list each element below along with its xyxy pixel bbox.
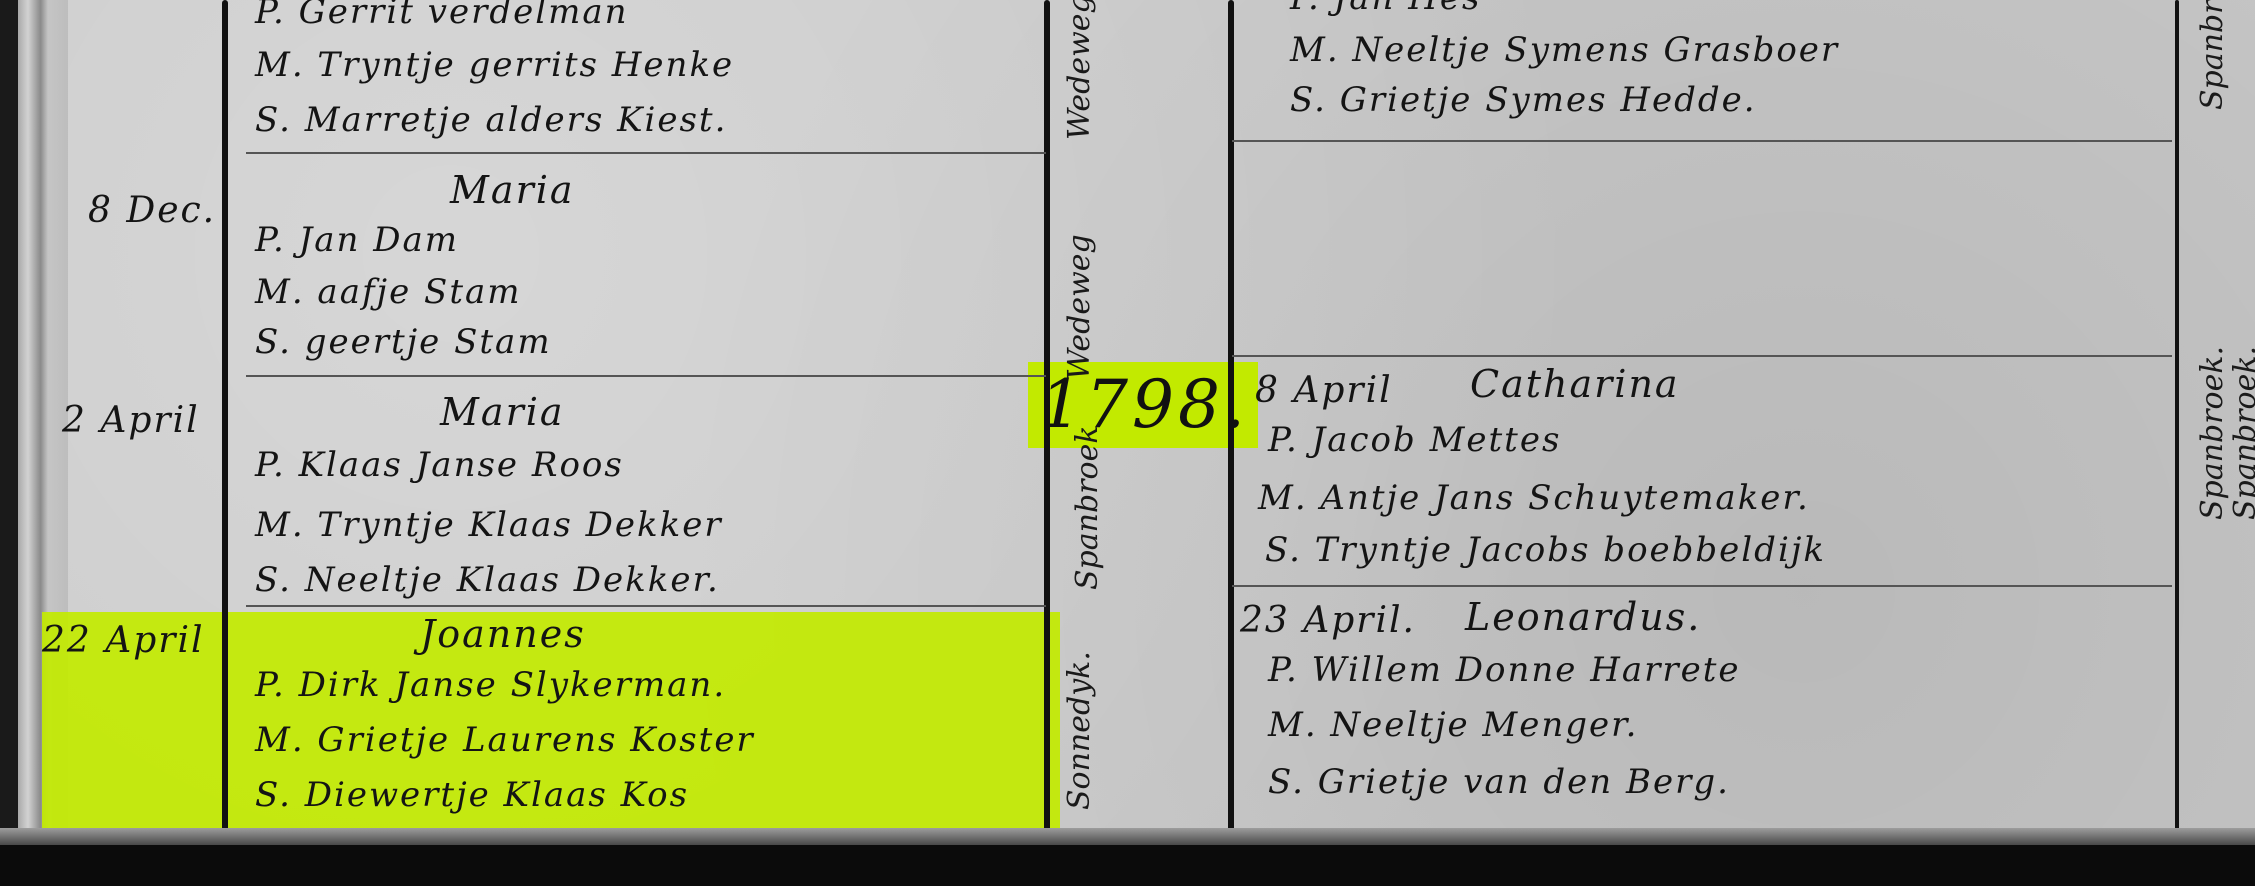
margin-note: Spanbroek xyxy=(1070,425,1105,590)
entry-line: P. Jacob Mettes xyxy=(1268,420,1561,460)
entry-date: 22 April xyxy=(42,620,205,661)
child-name: Maria xyxy=(450,168,575,212)
row-separator xyxy=(246,375,1046,377)
entry-line: M. Grietje Laurens Koster xyxy=(255,720,755,760)
row-separator xyxy=(1232,140,2172,142)
column-rule-left-margin xyxy=(1044,0,1050,842)
entry-date: 23 April. xyxy=(1240,600,1416,641)
row-separator xyxy=(246,152,1046,154)
entry-line: S. Tryntje Jacobs boebbeldijk xyxy=(1265,530,1826,570)
entry-line: P. Willem Donne Harrete xyxy=(1268,650,1741,690)
child-name: Catharina xyxy=(1470,362,1680,406)
child-name: Maria xyxy=(440,390,565,434)
book-shadow xyxy=(0,845,2255,886)
entry-line: M. Tryntje gerrits Henke xyxy=(255,45,734,85)
entry-line: S. Neeltje Klaas Dekker. xyxy=(255,560,720,600)
entry-date: 8 Dec. xyxy=(88,190,216,231)
entry-line: M. Tryntje Klaas Dekker xyxy=(255,505,723,545)
child-name: Joannes xyxy=(420,612,586,656)
entry-date: 2 April xyxy=(62,400,200,441)
margin-note: Sonnedyk. xyxy=(1062,651,1097,810)
entry-line: P. Dirk Janse Slykerman. xyxy=(255,665,726,705)
entry-line: S. geertje Stam xyxy=(255,322,552,362)
register-page: 1798. P. Gerrit verdelman M. Tryntje ger… xyxy=(0,0,2255,845)
entry-line: M. aafje Stam xyxy=(255,272,522,312)
margin-note: Spanbroek xyxy=(2195,0,2230,110)
row-separator xyxy=(1232,585,2172,587)
entry-line: P. Gerrit verdelman xyxy=(255,0,628,32)
entry-line: S. Diewertje Klaas Kos xyxy=(255,775,689,815)
margin-note: Wedeweg xyxy=(1062,0,1097,140)
entry-line: M. Neeltje Menger. xyxy=(1268,705,1638,745)
entry-line: P. Klaas Janse Roos xyxy=(255,445,624,485)
book-binding xyxy=(0,0,18,845)
entry-line: S. Grietje Symes Hedde. xyxy=(1290,80,1757,120)
entry-line: P. Jan Hes xyxy=(1290,0,1481,18)
child-name: Leonardus. xyxy=(1465,595,1701,639)
entry-date: 8 April xyxy=(1255,370,1393,411)
margin-note: Spanbroek. xyxy=(2195,346,2230,520)
margin-note: Wedeweg xyxy=(1062,234,1097,380)
row-separator xyxy=(246,605,1046,607)
margin-note: Spanbroek. xyxy=(2228,346,2255,520)
column-rule-center xyxy=(1228,0,1234,842)
entry-line: M. Neeltje Symens Grasboer xyxy=(1290,30,1839,70)
column-rule-date xyxy=(222,0,228,842)
entry-line: P. Jan Dam xyxy=(255,220,459,260)
entry-line: S. Marretje alders Kiest. xyxy=(255,100,727,140)
entry-line: M. Antje Jans Schuytemaker. xyxy=(1258,478,1810,518)
column-rule-right-margin xyxy=(2175,0,2179,842)
entry-line: S. Grietje van den Berg. xyxy=(1268,762,1730,802)
row-separator xyxy=(1232,355,2172,357)
